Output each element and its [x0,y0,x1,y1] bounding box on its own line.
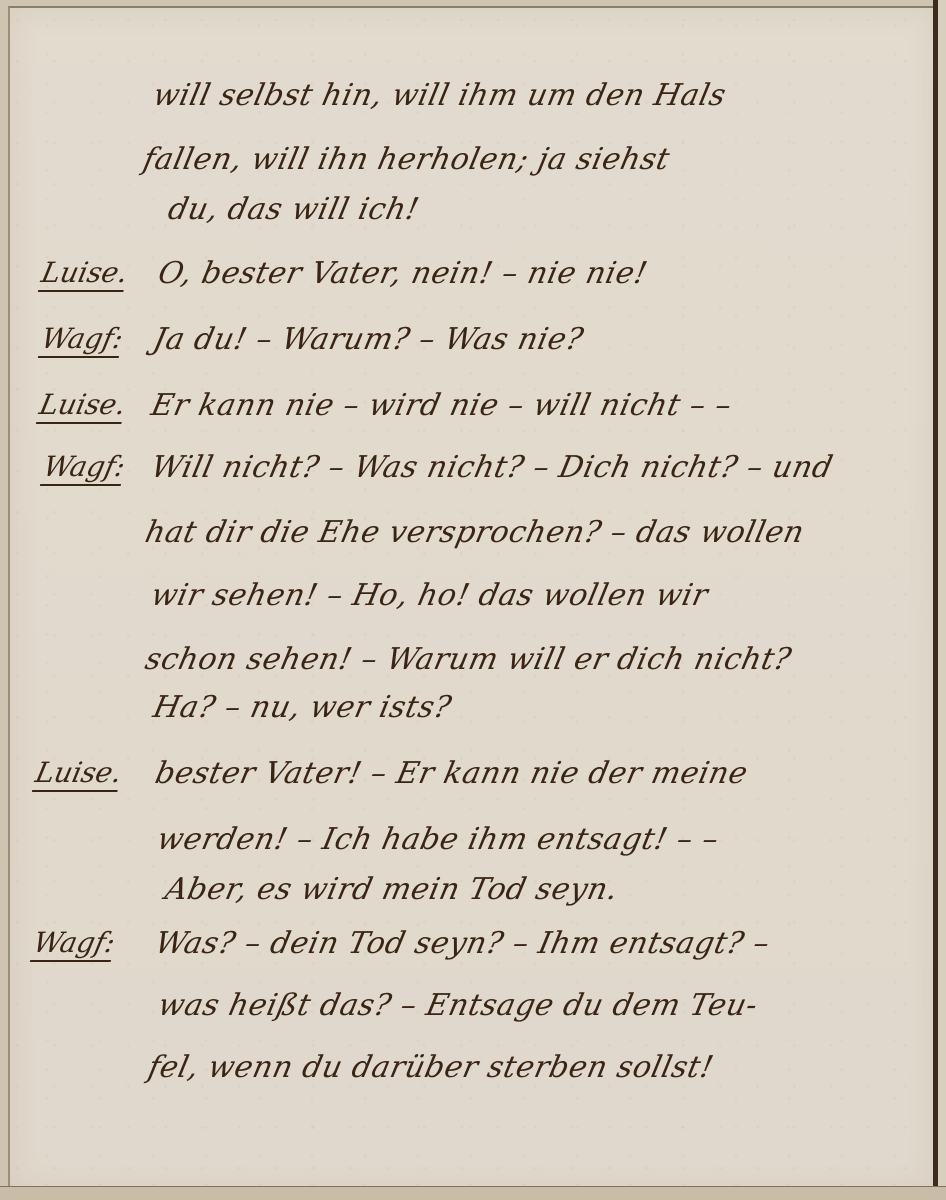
text-line: werden! – Ich habe ihm entsagt! – – [154,822,722,857]
text-line: fallen, will ihn herholen; ja siehst [140,142,673,177]
speaker-label: Luise. [38,256,130,289]
speaker-label: Wagf: [40,450,128,483]
page-bottom-edge [0,1186,946,1200]
text-line: du, das will ich! [165,192,422,227]
speaker-label: Wagf: [30,926,118,959]
text-line: Ha? – nu, wer ists? [150,690,455,725]
page-edge [938,0,946,1200]
text-line: Will nicht? – Was nicht? – Dich nicht? –… [148,450,836,485]
text-line: wir sehen! – Ho, ho! das wollen wir [148,578,711,613]
text-line: O, bester Vater, nein! – nie nie! [155,256,651,291]
text-line: was heißt das? – Entsage du dem Teu- [155,988,761,1023]
text-line: Er kann nie – wird nie – will nicht – – [148,388,735,423]
text-line: Ja du! – Warum? – Was nie? [150,322,587,357]
text-line: Was? – dein Tod seyn? – Ihm entsagt? – [152,926,773,961]
speaker-label: Wagf: [38,322,126,355]
speaker-label: Luise. [36,388,128,421]
text-line: fel, wenn du darüber sterben sollst! [145,1050,717,1085]
text-line: schon sehen! – Warum will er dich nicht? [142,642,795,677]
text-line: bester Vater! – Er kann nie der meine [152,756,751,791]
speaker-label: Luise. [32,756,124,789]
text-line: hat dir die Ehe versprochen? – das wolle… [142,515,807,550]
text-line: will selbst hin, will ihm um den Hals [150,78,729,113]
text-line: Aber, es wird mein Tod seyn. [162,872,621,907]
